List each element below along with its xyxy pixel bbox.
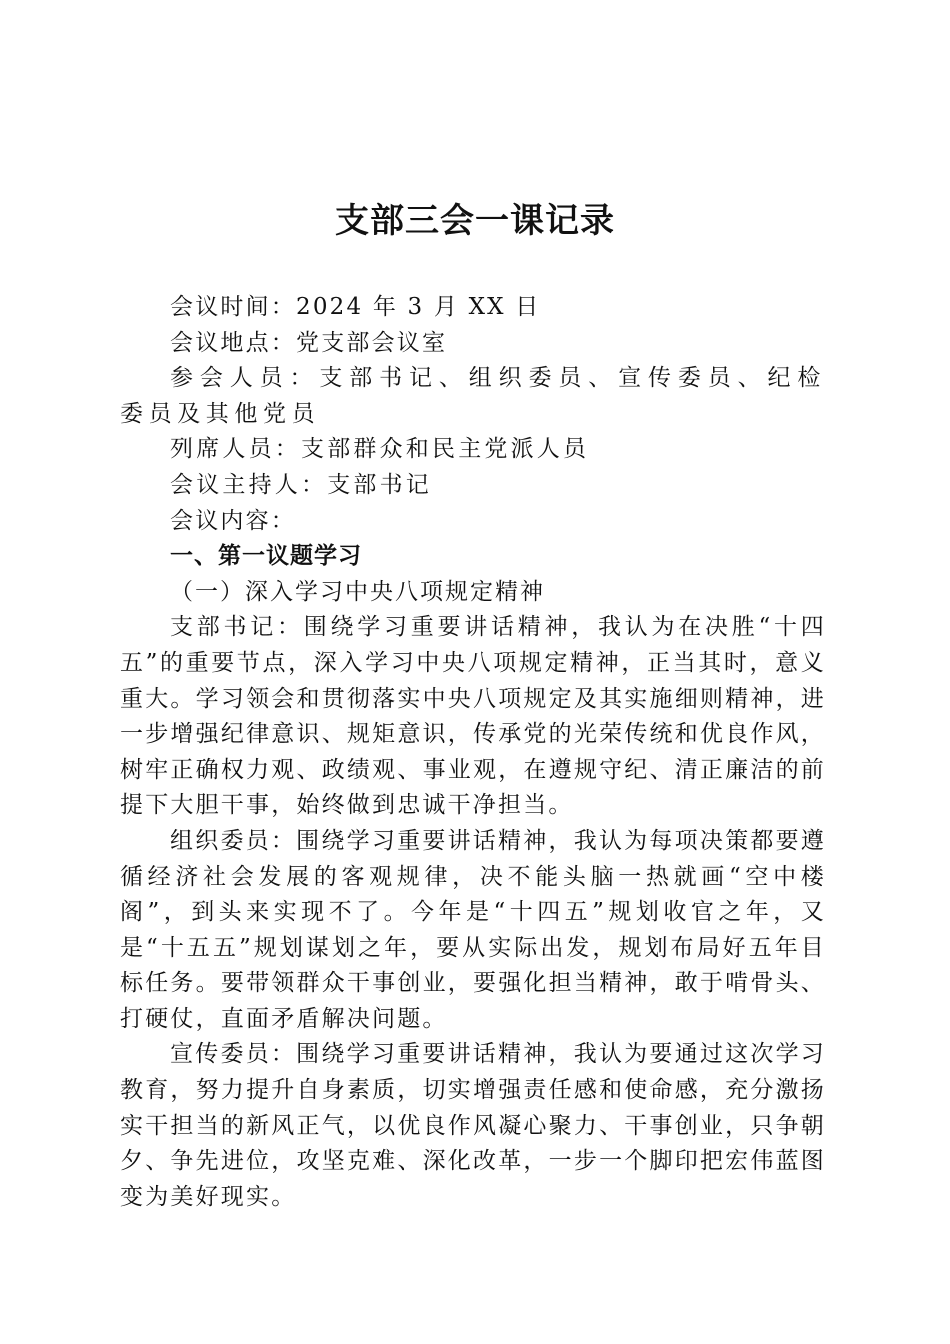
paragraph-organization-committee: 组织委员：围绕学习重要讲话精神，我认为每项决策都要遵循经济社会发展的客观规律，决…	[120, 824, 826, 1038]
meta-host: 会议主持人：支部书记	[120, 468, 826, 504]
meta-value: 党支部会议室	[296, 330, 447, 356]
speaker-label: 宣传委员：	[170, 1041, 296, 1067]
document-title: 支部三会一课记录	[0, 196, 950, 246]
meta-label: 列席人员：	[170, 436, 301, 462]
speaker-label: 组织委员：	[170, 828, 296, 854]
paragraph-branch-secretary: 支部书记：围绕学习重要讲话精神，我认为在决胜“十四五”的重要节点，深入学习中央八…	[120, 610, 826, 824]
meta-meeting-location: 会议地点：党支部会议室	[120, 326, 826, 362]
meta-value: 2024 年 3 月 XX 日	[296, 294, 540, 320]
paragraph-publicity-committee: 宣传委员：围绕学习重要讲话精神，我认为要通过这次学习教育，努力提升自身素质，切实…	[120, 1037, 826, 1215]
subsection-heading: （一）深入学习中央八项规定精神	[120, 575, 826, 611]
meta-label: 会议时间：	[170, 294, 296, 320]
meta-attendees: 参会人员：支部书记、组织委员、宣传委员、纪检委员及其他党员	[120, 361, 826, 432]
meta-observers: 列席人员：支部群众和民主党派人员	[120, 432, 826, 468]
meta-meeting-time: 会议时间：2024 年 3 月 XX 日	[120, 290, 826, 326]
meta-label: 会议内容：	[170, 508, 296, 534]
meta-label: 会议地点：	[170, 330, 296, 356]
meta-value: 支部书记	[327, 472, 432, 498]
document-page: 支部三会一课记录 会议时间：2024 年 3 月 XX 日 会议地点：党支部会议…	[0, 0, 950, 1344]
document-body: 会议时间：2024 年 3 月 XX 日 会议地点：党支部会议室 参会人员：支部…	[120, 290, 826, 1215]
paragraph-text: 围绕学习重要讲话精神，我认为每项决策都要遵循经济社会发展的客观规律，决不能头脑一…	[120, 828, 826, 1032]
paragraph-text: 围绕学习重要讲话精神，我认为在决胜“十四五”的重要节点，深入学习中央八项规定精神…	[120, 614, 826, 818]
meta-content: 会议内容：	[120, 504, 826, 540]
meta-label: 参会人员：	[170, 365, 319, 391]
meta-value: 支部群众和民主党派人员	[301, 436, 589, 462]
speaker-label: 支部书记：	[170, 614, 304, 640]
section-heading: 一、第一议题学习	[120, 539, 826, 575]
meta-label: 会议主持人：	[170, 472, 327, 498]
